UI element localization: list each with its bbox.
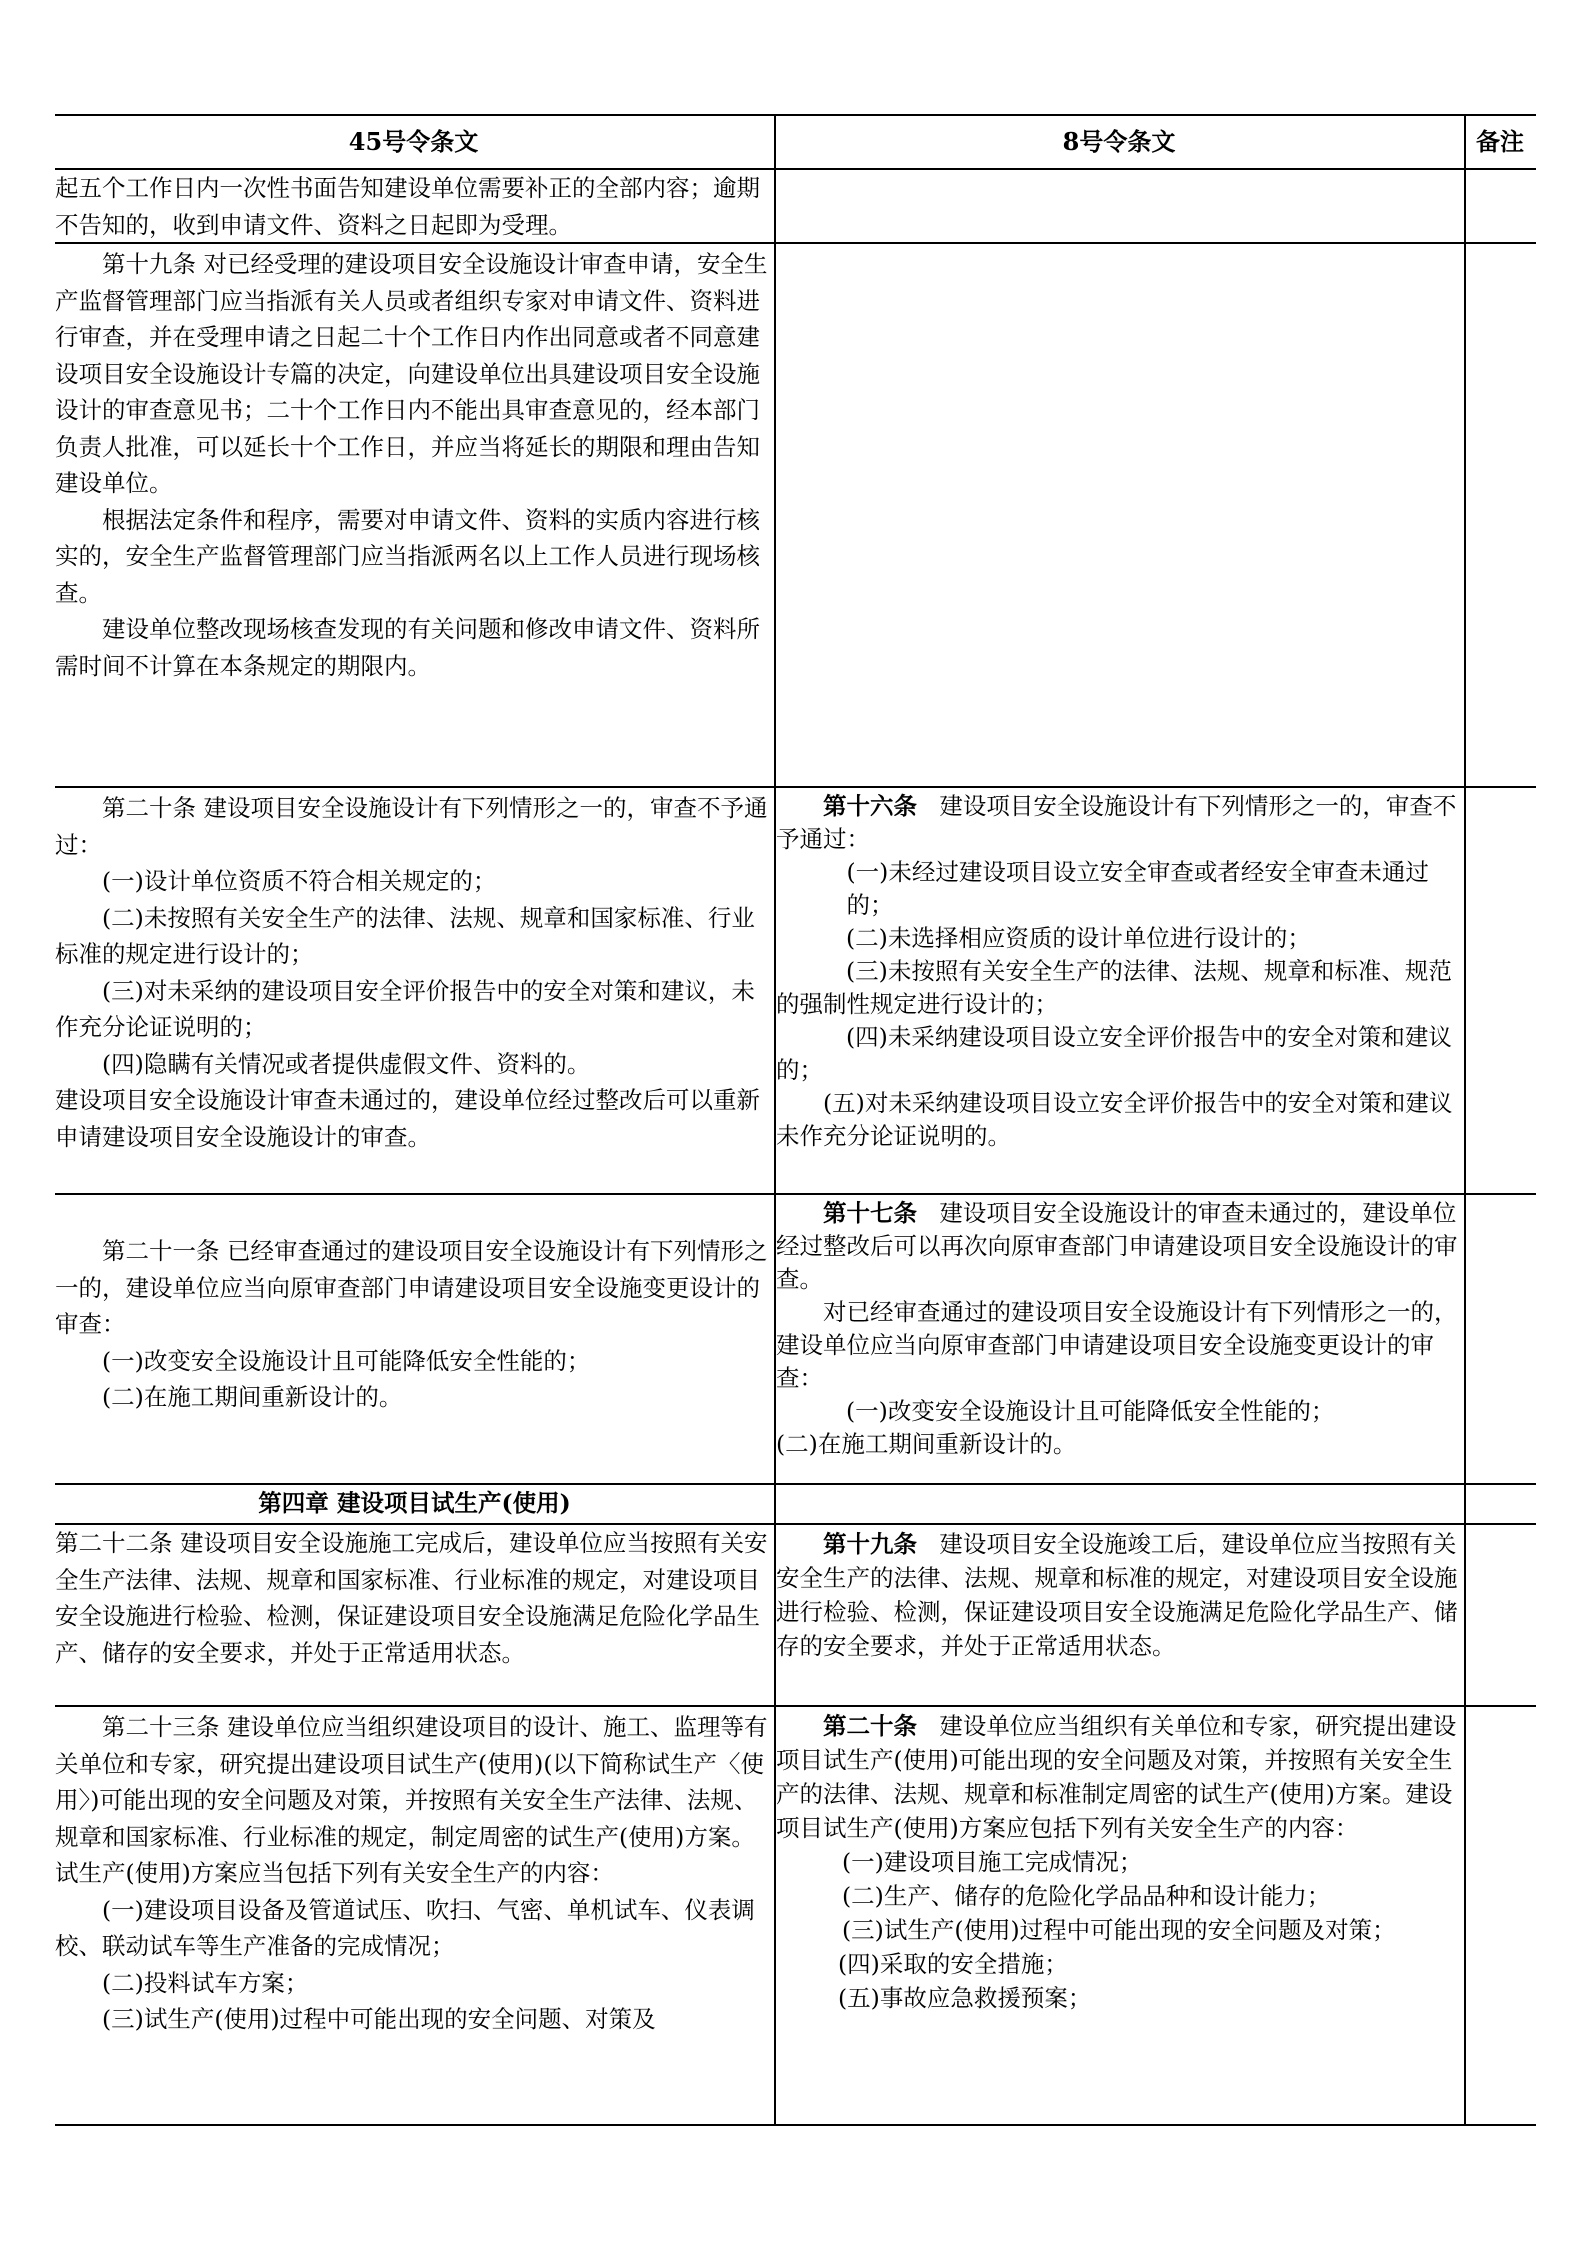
- clause-text: 第二十三条 建设单位应当组织建设项目的设计、施工、监理等有关单位和专家，研究提出…: [55, 1709, 772, 1892]
- cell-45: 第二十三条 建设单位应当组织建设项目的设计、施工、监理等有关单位和专家，研究提出…: [55, 1707, 776, 2124]
- cell-note: [1466, 1485, 1536, 1523]
- clause-text: 起五个工作日内一次性书面告知建设单位需要补正的全部内容；逾期不告知的，收到申请文…: [55, 170, 772, 242]
- cell-8: [776, 170, 1466, 242]
- comparison-table: 45号令条文 8号令条文 备注 起五个工作日内一次性书面告知建设单位需要补正的全…: [55, 114, 1536, 2126]
- table-row: 第十九条 对已经受理的建设项目安全设施设计审查申请，安全生产监督管理部门应当指派…: [55, 242, 1536, 786]
- table-row: 第二十一条 已经审查通过的建设项目安全设施设计有下列情形之一的，建设单位应当向原…: [55, 1193, 1536, 1483]
- table-row: 第二十条 建设项目安全设施设计有下列情形之一的，审查不予通过： (一)设计单位资…: [55, 786, 1536, 1193]
- cell-45: 第二十二条 建设项目安全设施施工完成后，建设单位应当按照有关安全生产法律、法规、…: [55, 1525, 776, 1705]
- cell-8: [776, 244, 1466, 786]
- clause-item: (二)在施工期间重新设计的。: [776, 1428, 1462, 1461]
- clause-item: (四)采取的安全措施；: [776, 1947, 1462, 1981]
- cell-45: 第十九条 对已经受理的建设项目安全设施设计审查申请，安全生产监督管理部门应当指派…: [55, 244, 776, 786]
- article-number: 第十九条: [823, 1530, 917, 1558]
- cell-note: [1466, 1525, 1536, 1705]
- item-text: (一)未经过建设项目设立安全审查或者经安全审查未通过的；: [847, 858, 1429, 919]
- clause-item: (四)未采纳建设项目设立安全评价报告中的安全对策和建议的；: [776, 1021, 1462, 1087]
- clause-item: (二)生产、储存的危险化学品品种和设计能力；: [776, 1879, 1462, 1913]
- cell-note: [1466, 1195, 1536, 1483]
- clause-item: (五)事故应急救援预案；: [776, 1981, 1462, 2015]
- clause-item: (三)未按照有关安全生产的法律、法规、规章和标准、规范的强制性规定进行设计的；: [776, 955, 1462, 1021]
- table-row: 第二十二条 建设项目安全设施施工完成后，建设单位应当按照有关安全生产法律、法规、…: [55, 1523, 1536, 1705]
- cell-45: 第二十一条 已经审查通过的建设项目安全设施设计有下列情形之一的，建设单位应当向原…: [55, 1195, 776, 1483]
- cell-45: 第二十条 建设项目安全设施设计有下列情形之一的，审查不予通过： (一)设计单位资…: [55, 788, 776, 1193]
- article-number: 第十六条: [823, 792, 917, 820]
- clause-text: 对已经审查通过的建设项目安全设施设计有下列情形之一的，建设单位应当向原审查部门申…: [776, 1296, 1462, 1395]
- cell-note: [1466, 170, 1536, 242]
- clause-text: 第十九条 建设项目安全设施竣工后，建设单位应当按照有关安全生产的法律、法规、规章…: [776, 1527, 1462, 1663]
- header-col-45: 45号令条文: [55, 116, 776, 168]
- clause-item: (一)建设项目施工完成情况；: [776, 1845, 1462, 1879]
- clause-item: (三)试生产(使用)过程中可能出现的安全问题、对策及: [55, 2001, 772, 2038]
- clause-item: (一)建设项目设备及管道试压、吹扫、气密、单机试车、仪表调校、联动试车等生产准备…: [55, 1892, 772, 1965]
- clause-item: (二)投料试车方案；: [55, 1965, 772, 2002]
- clause-item: (二)未按照有关安全生产的法律、法规、规章和国家标准、行业标准的规定进行设计的；: [55, 900, 772, 973]
- clause-text: 建设单位整改现场核查发现的有关问题和修改申请文件、资料所需时间不计算在本条规定的…: [55, 611, 772, 684]
- header-col-note: 备注: [1466, 116, 1536, 168]
- clause-text: 第十六条 建设项目安全设施设计有下列情形之一的，审查不予通过：: [776, 790, 1462, 856]
- chapter-row: 第四章 建设项目试生产(使用): [55, 1483, 1536, 1523]
- table-row: 第二十三条 建设单位应当组织建设项目的设计、施工、监理等有关单位和专家，研究提出…: [55, 1705, 1536, 2126]
- header-col-8: 8号令条文: [776, 116, 1466, 168]
- clause-item: (一)改变安全设施设计且可能降低安全性能的；: [776, 1395, 1462, 1428]
- clause-text: 第二十二条 建设项目安全设施施工完成后，建设单位应当按照有关安全生产法律、法规、…: [55, 1525, 772, 1671]
- clause-text: 第二十条 建设项目安全设施设计有下列情形之一的，审查不予通过：: [55, 790, 772, 863]
- cell-8: 第二十条 建设单位应当组织有关单位和专家，研究提出建设项目试生产(使用)可能出现…: [776, 1707, 1466, 2124]
- clause-item: (一)设计单位资质不符合相关规定的；: [55, 863, 772, 900]
- clause-item: (一)未经过建设项目设立安全审查或者经安全审查未通过的；: [776, 856, 1462, 922]
- clause-text: 第十七条 建设项目安全设施设计的审查未通过的，建设单位经过整改后可以再次向原审查…: [776, 1197, 1462, 1296]
- clause-text: 第二十条 建设单位应当组织有关单位和专家，研究提出建设项目试生产(使用)可能出现…: [776, 1709, 1462, 1845]
- cell-8: 第十七条 建设项目安全设施设计的审查未通过的，建设单位经过整改后可以再次向原审查…: [776, 1195, 1466, 1483]
- clause-item: (二)在施工期间重新设计的。: [55, 1379, 772, 1416]
- cell-note: [1466, 244, 1536, 786]
- clause-item: (三)试生产(使用)过程中可能出现的安全问题及对策；: [776, 1913, 1462, 1947]
- table-header-row: 45号令条文 8号令条文 备注: [55, 114, 1536, 168]
- clause-item: (三)对未采纳的建设项目安全评价报告中的安全对策和建议，未作充分论证说明的；: [55, 973, 772, 1046]
- cell-8: 第十六条 建设项目安全设施设计有下列情形之一的，审查不予通过： (一)未经过建设…: [776, 788, 1466, 1193]
- clause-text: 建设项目安全设施设计审查未通过的，建设单位经过整改后可以重新申请建设项目安全设施…: [55, 1082, 772, 1155]
- clause-item: (二)未选择相应资质的设计单位进行设计的；: [776, 922, 1462, 955]
- cell-note: [1466, 1707, 1536, 2124]
- cell-note: [1466, 788, 1536, 1193]
- cell-8: 第十九条 建设项目安全设施竣工后，建设单位应当按照有关安全生产的法律、法规、规章…: [776, 1525, 1466, 1705]
- clause-item: (一)改变安全设施设计且可能降低安全性能的；: [55, 1343, 772, 1380]
- article-number: 第十七条: [823, 1199, 917, 1227]
- cell-8: [776, 1485, 1466, 1523]
- clause-text: 第十九条 对已经受理的建设项目安全设施设计审查申请，安全生产监督管理部门应当指派…: [55, 246, 772, 502]
- clause-text: 根据法定条件和程序，需要对申请文件、资料的实质内容进行核实的，安全生产监督管理部…: [55, 502, 772, 612]
- cell-45: 起五个工作日内一次性书面告知建设单位需要补正的全部内容；逾期不告知的，收到申请文…: [55, 170, 776, 242]
- clause-item: (四)隐瞒有关情况或者提供虚假文件、资料的。: [55, 1046, 772, 1083]
- article-number: 第二十条: [823, 1712, 917, 1740]
- chapter-heading: 第四章 建设项目试生产(使用): [55, 1485, 776, 1523]
- clause-item: (五)对未采纳建设项目设立安全评价报告中的安全对策和建议未作充分论证说明的。: [776, 1087, 1462, 1153]
- clause-text: 第二十一条 已经审查通过的建设项目安全设施设计有下列情形之一的，建设单位应当向原…: [55, 1233, 772, 1343]
- table-row: 起五个工作日内一次性书面告知建设单位需要补正的全部内容；逾期不告知的，收到申请文…: [55, 168, 1536, 242]
